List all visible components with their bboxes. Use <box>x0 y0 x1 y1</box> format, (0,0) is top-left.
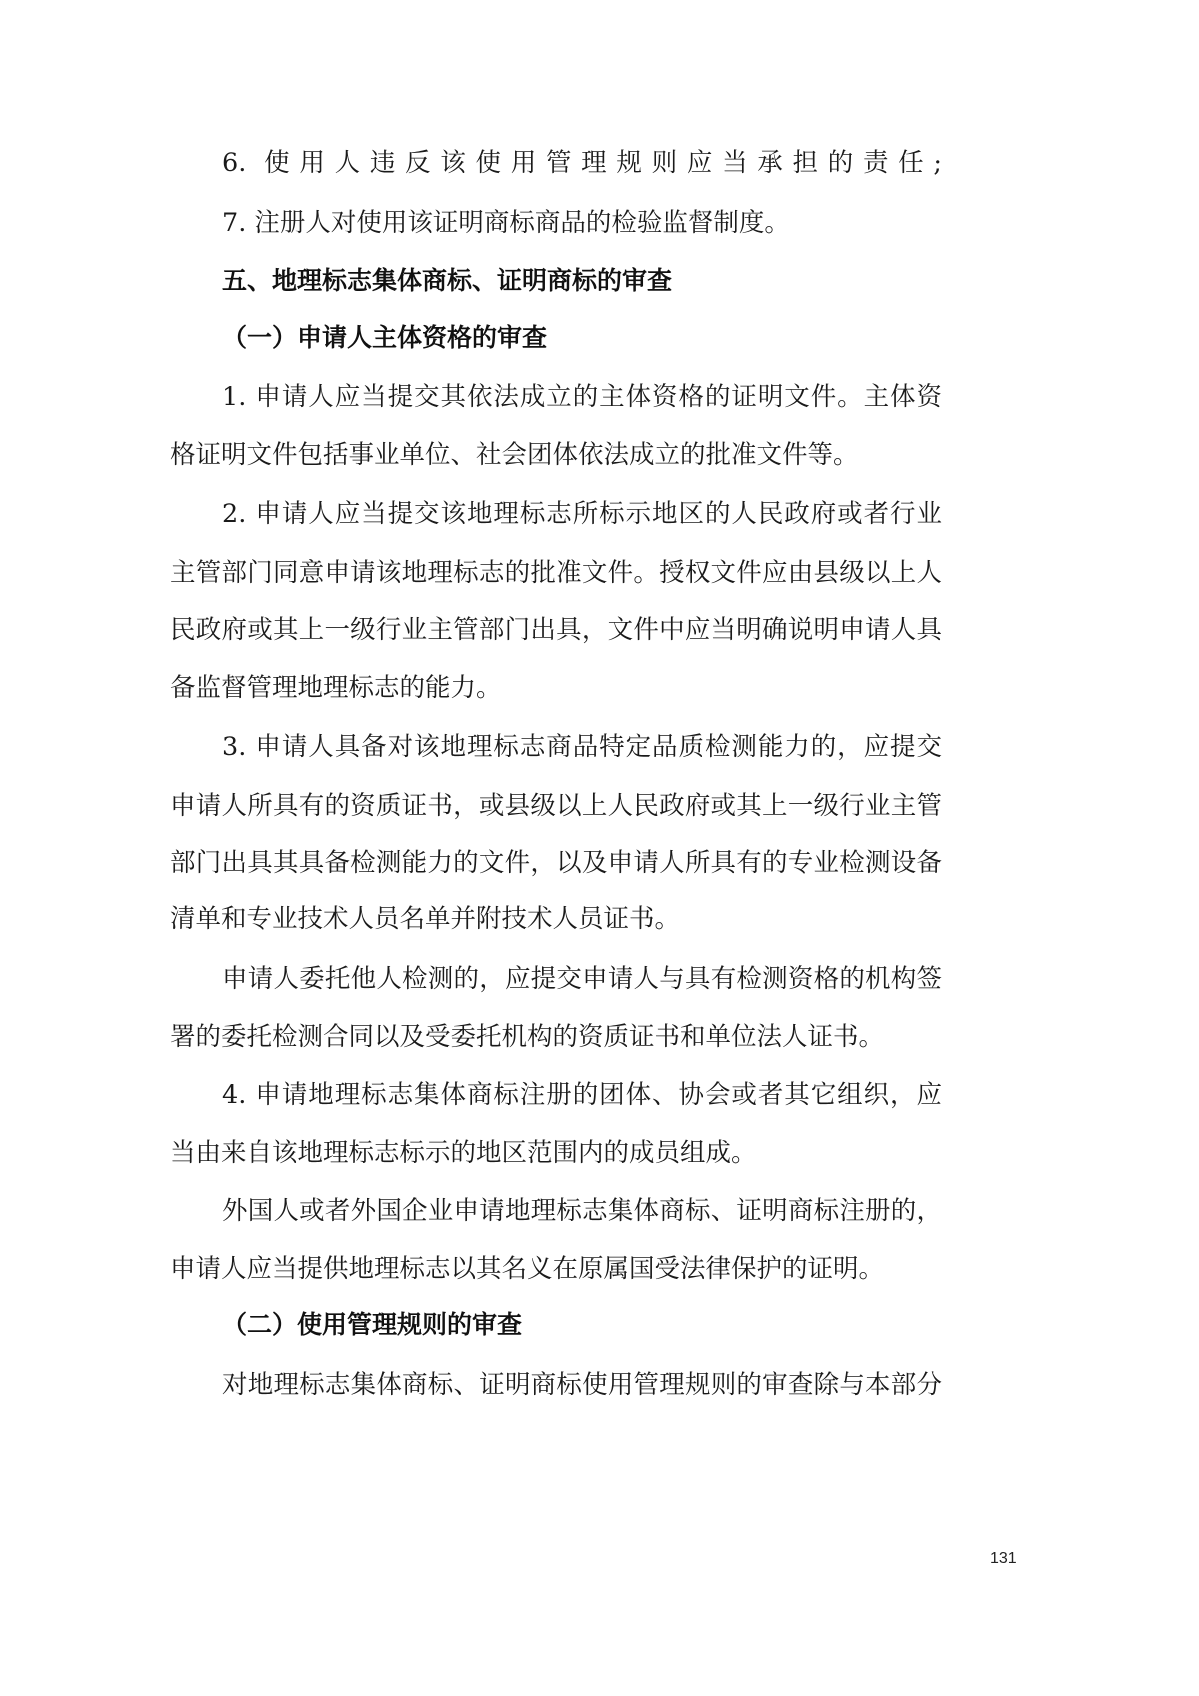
section-heading-5: 五、地理标志集体商标、证明商标的审查 <box>222 261 942 301</box>
paragraph-line: 2. 申请人应当提交该地理标志所标示地区的人民政府或者行业 <box>222 494 942 534</box>
subsection-heading-1: （一）申请人主体资格的审查 <box>222 318 942 358</box>
paragraph-line: 署的委托检测合同以及受委托机构的资质证书和单位法人证书。 <box>170 1017 942 1057</box>
paragraph-line: 外国人或者外国企业申请地理标志集体商标、证明商标注册的， <box>222 1191 942 1231</box>
document-page: 6. 使用人违反该使用管理规则应当承担的责任; 7. 注册人对使用该证明商标商品… <box>0 0 1199 1696</box>
paragraph-line: 备监督管理地理标志的能力。 <box>170 668 942 708</box>
subsection-heading-2: （二）使用管理规则的审查 <box>222 1305 942 1345</box>
paragraph-line: 3. 申请人具备对该地理标志商品特定品质检测能力的，应提交 <box>222 727 942 767</box>
paragraph-line: 主管部门同意申请该地理标志的批准文件。授权文件应由县级以上人 <box>170 553 942 593</box>
paragraph-line: 申请人委托他人检测的，应提交申请人与具有检测资格的机构签 <box>222 959 942 999</box>
paragraph-line: 清单和专业技术人员名单并附技术人员证书。 <box>170 899 942 939</box>
paragraph-line: 1. 申请人应当提交其依法成立的主体资格的证明文件。主体资 <box>222 377 942 417</box>
paragraph-line: 对地理标志集体商标、证明商标使用管理规则的审查除与本部分 <box>222 1365 942 1405</box>
paragraph-line: 格证明文件包括事业单位、社会团体依法成立的批准文件等。 <box>170 435 942 475</box>
list-item-6: 6. 使用人违反该使用管理规则应当承担的责任; <box>222 143 942 183</box>
paragraph-line: 4. 申请地理标志集体商标注册的团体、协会或者其它组织，应 <box>222 1075 942 1115</box>
paragraph-line: 民政府或其上一级行业主管部门出具，文件中应当明确说明申请人具 <box>170 610 942 650</box>
paragraph-line: 部门出具其具备检测能力的文件，以及申请人所具有的专业检测设备 <box>170 843 942 883</box>
paragraph-line: 申请人所具有的资质证书，或县级以上人民政府或其上一级行业主管 <box>170 786 942 826</box>
paragraph-line: 当由来自该地理标志标示的地区范围内的成员组成。 <box>170 1133 942 1173</box>
list-item-7: 7. 注册人对使用该证明商标商品的检验监督制度。 <box>222 203 942 243</box>
page-number: 131 <box>990 1550 1017 1568</box>
paragraph-line: 申请人应当提供地理标志以其名义在原属国受法律保护的证明。 <box>170 1249 942 1289</box>
